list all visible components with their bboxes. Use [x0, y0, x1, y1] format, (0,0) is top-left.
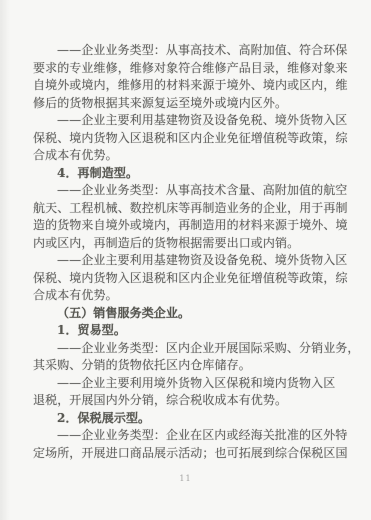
- text-line: 定场所，开展进口商品展示活动；也可拓展到综合保税区国: [33, 445, 343, 463]
- text-line: 自境外或境内，维修用的材料来源于境外、境内或区内，维: [33, 77, 343, 95]
- document-page: ——企业业务类型：从事高技术、高附加值、符合环保要求的专业维修，维修对象符合维修…: [0, 0, 371, 520]
- text-line: 航天、工程机械、数控机床等再制造业务的企业，用于再制: [33, 200, 343, 218]
- text-line: 合成本有优势。: [33, 147, 343, 165]
- text-line: ——企业主要利用境外货物入区保税和境内货物入区: [33, 375, 343, 393]
- text-line: ——企业业务类型：区内企业开展国际采购、分销业务，: [33, 340, 343, 358]
- text-line: 2．保税展示型。: [33, 410, 343, 428]
- text-line: （五）销售服务类企业。: [33, 305, 343, 323]
- text-line: 造的货物来自境外或境内，再制造用的材料来源于境外、境: [33, 217, 343, 235]
- text-line: 保税、境内货物入区退税和区内企业免征增值税等政策，综: [33, 270, 343, 288]
- text-line: ——企业业务类型：从事高技术含量、高附加值的航空: [33, 182, 343, 200]
- text-line: 保税、境内货物入区退税和区内企业免征增值税等政策，综: [33, 130, 343, 148]
- text-line: ——企业业务类型：企业在区内或经海关批准的区外特: [33, 427, 343, 445]
- text-line: 修后的货物根据其来源复运至境外或境内区外。: [33, 95, 343, 113]
- text-line: 要求的专业维修，维修对象符合维修产品目录，维修对象来: [33, 60, 343, 78]
- text-line: 4．再制造型。: [33, 165, 343, 183]
- text-line: 内或区内，再制造后的货物根据需要出口或内销。: [33, 235, 343, 253]
- text-line: ——企业主要利用基建物资及设备免税、境外货物入区: [33, 252, 343, 270]
- text-line: 退税，开展国内外分销，综合税收成本有优势。: [33, 392, 343, 410]
- text-line: ——企业业务类型：从事高技术、高附加值、符合环保: [33, 42, 343, 60]
- text-line: 其采购、分销的货物依托区内仓库储存。: [33, 357, 343, 375]
- text-line: 1．贸易型。: [33, 322, 343, 340]
- text-block: ——企业业务类型：从事高技术、高附加值、符合环保要求的专业维修，维修对象符合维修…: [33, 42, 343, 462]
- page-number: 11: [0, 474, 371, 483]
- text-line: ——企业主要利用基建物资及设备免税、境外货物入区: [33, 112, 343, 130]
- text-line: 合成本有优势。: [33, 287, 343, 305]
